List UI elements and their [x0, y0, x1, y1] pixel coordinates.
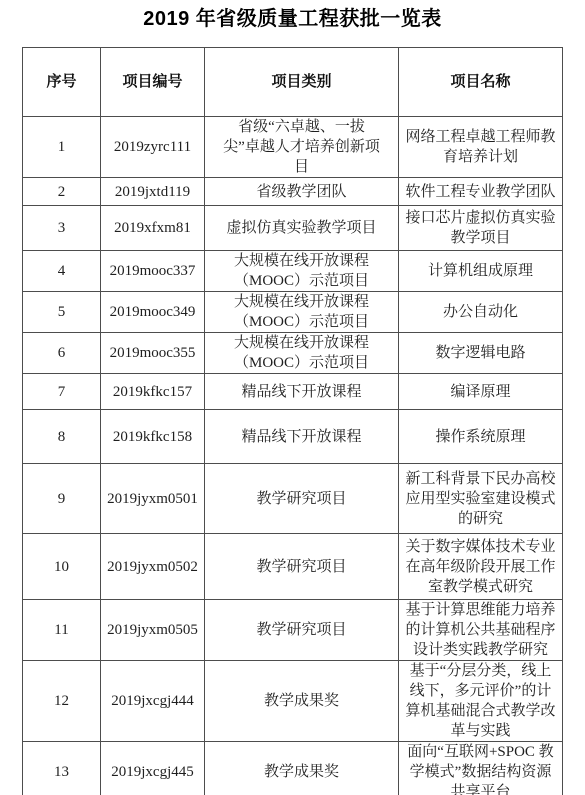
project-category-cell: 大规模在线开放课程（MOOC）示范项目	[205, 292, 399, 333]
row-number-cell: 2	[23, 178, 101, 206]
table-row: 102019jyxm0502教学研究项目关于数字媒体技术专业在高年级阶段开展工作…	[23, 534, 563, 600]
project-category-cell: 教学研究项目	[205, 534, 399, 600]
table-row: 22019jxtd119省级教学团队软件工程专业教学团队	[23, 178, 563, 206]
project-category-cell: 精品线下开放课程	[205, 410, 399, 464]
project-code-cell: 2019jyxm0505	[101, 600, 205, 661]
project-name-cell: 办公自动化	[399, 292, 563, 333]
project-name-cell: 操作系统原理	[399, 410, 563, 464]
approval-table: 序号 项目编号 项目类别 项目名称 12019zyrc111省级“六卓越、一拔尖…	[22, 47, 563, 795]
project-category-cell: 教学研究项目	[205, 464, 399, 534]
project-code-cell: 2019jyxm0502	[101, 534, 205, 600]
project-category-cell: 教学成果奖	[205, 661, 399, 742]
table-row: 62019mooc355大规模在线开放课程（MOOC）示范项目数字逻辑电路	[23, 333, 563, 374]
project-code-cell: 2019mooc355	[101, 333, 205, 374]
project-name-cell: 网络工程卓越工程师教育培养计划	[399, 117, 563, 178]
table-row: 132019jxcgj445教学成果奖面向“互联网+SPOC 教学模式”数据结构…	[23, 742, 563, 795]
row-number-cell: 8	[23, 410, 101, 464]
project-name-cell: 计算机组成原理	[399, 251, 563, 292]
table-header: 序号 项目编号 项目类别 项目名称	[23, 48, 563, 117]
project-name-cell: 数字逻辑电路	[399, 333, 563, 374]
row-number-cell: 7	[23, 374, 101, 410]
row-number-cell: 3	[23, 206, 101, 251]
table-row: 42019mooc337大规模在线开放课程（MOOC）示范项目计算机组成原理	[23, 251, 563, 292]
project-category-cell: 虚拟仿真实验教学项目	[205, 206, 399, 251]
table-row: 92019jyxm0501教学研究项目新工科背景下民办高校应用型实验室建设模式的…	[23, 464, 563, 534]
project-code-cell: 2019jyxm0501	[101, 464, 205, 534]
row-number-cell: 12	[23, 661, 101, 742]
table-row: 82019kfkc158精品线下开放课程操作系统原理	[23, 410, 563, 464]
row-number-cell: 4	[23, 251, 101, 292]
table-row: 122019jxcgj444教学成果奖基于“分层分类，线上线下，多元评价”的计算…	[23, 661, 563, 742]
project-code-cell: 2019jxcgj444	[101, 661, 205, 742]
header-row: 序号 项目编号 项目类别 项目名称	[23, 48, 563, 117]
project-name-cell: 基于“分层分类，线上线下，多元评价”的计算机基础混合式教学改革与实践	[399, 661, 563, 742]
row-number-cell: 5	[23, 292, 101, 333]
project-category-cell: 大规模在线开放课程（MOOC）示范项目	[205, 333, 399, 374]
project-category-cell: 教学研究项目	[205, 600, 399, 661]
row-number-cell: 10	[23, 534, 101, 600]
column-header-project-code: 项目编号	[101, 48, 205, 117]
table-row: 32019xfxm81虚拟仿真实验教学项目接口芯片虚拟仿真实验教学项目	[23, 206, 563, 251]
table-row: 52019mooc349大规模在线开放课程（MOOC）示范项目办公自动化	[23, 292, 563, 333]
table-row: 12019zyrc111省级“六卓越、一拔尖”卓越人才培养创新项目网络工程卓越工…	[23, 117, 563, 178]
page-title: 2019 年省级质量工程获批一览表	[0, 2, 585, 31]
row-number-cell: 11	[23, 600, 101, 661]
project-code-cell: 2019zyrc111	[101, 117, 205, 178]
project-category-cell: 省级教学团队	[205, 178, 399, 206]
row-number-cell: 9	[23, 464, 101, 534]
project-category-cell: 精品线下开放课程	[205, 374, 399, 410]
project-code-cell: 2019kfkc157	[101, 374, 205, 410]
project-name-cell: 软件工程专业教学团队	[399, 178, 563, 206]
project-code-cell: 2019jxcgj445	[101, 742, 205, 795]
column-header-project-category: 项目类别	[205, 48, 399, 117]
row-number-cell: 1	[23, 117, 101, 178]
project-name-cell: 基于计算思维能力培养的计算机公共基础程序设计类实践教学研究	[399, 600, 563, 661]
project-name-cell: 面向“互联网+SPOC 教学模式”数据结构资源共享平台	[399, 742, 563, 795]
column-header-project-name: 项目名称	[399, 48, 563, 117]
project-name-cell: 编译原理	[399, 374, 563, 410]
table-body: 12019zyrc111省级“六卓越、一拔尖”卓越人才培养创新项目网络工程卓越工…	[23, 117, 563, 795]
row-number-cell: 6	[23, 333, 101, 374]
project-name-cell: 新工科背景下民办高校应用型实验室建设模式的研究	[399, 464, 563, 534]
table-row: 72019kfkc157精品线下开放课程编译原理	[23, 374, 563, 410]
project-name-cell: 关于数字媒体技术专业在高年级阶段开展工作室教学模式研究	[399, 534, 563, 600]
project-code-cell: 2019mooc337	[101, 251, 205, 292]
project-code-cell: 2019mooc349	[101, 292, 205, 333]
project-category-cell: 大规模在线开放课程（MOOC）示范项目	[205, 251, 399, 292]
project-category-cell: 教学成果奖	[205, 742, 399, 795]
row-number-cell: 13	[23, 742, 101, 795]
project-code-cell: 2019xfxm81	[101, 206, 205, 251]
project-code-cell: 2019jxtd119	[101, 178, 205, 206]
column-header-serial: 序号	[23, 48, 101, 117]
project-code-cell: 2019kfkc158	[101, 410, 205, 464]
project-name-cell: 接口芯片虚拟仿真实验教学项目	[399, 206, 563, 251]
project-category-cell: 省级“六卓越、一拔尖”卓越人才培养创新项目	[205, 117, 399, 178]
table-row: 112019jyxm0505教学研究项目基于计算思维能力培养的计算机公共基础程序…	[23, 600, 563, 661]
